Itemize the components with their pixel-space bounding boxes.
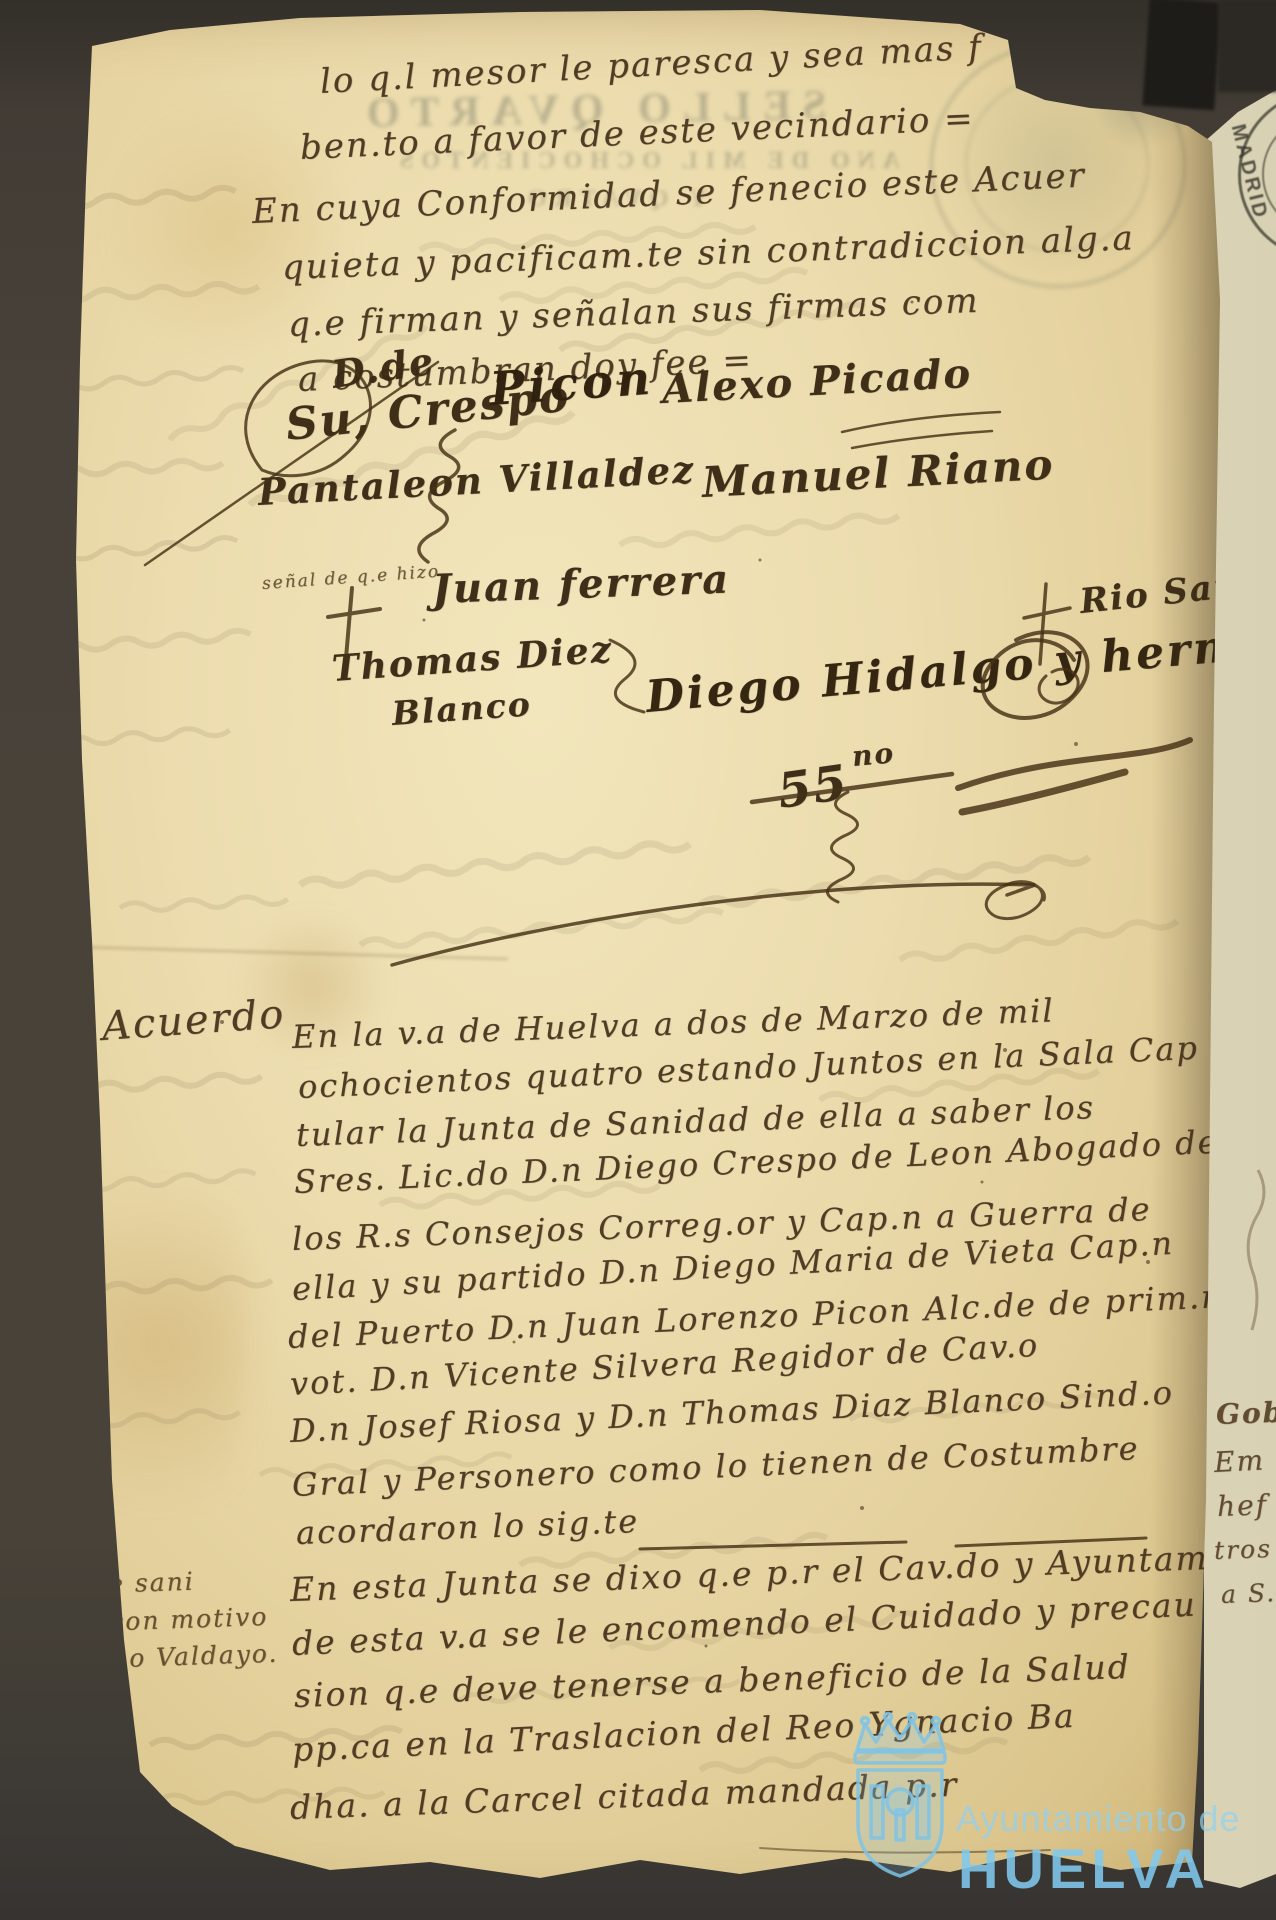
ink-speckle — [220, 1020, 224, 1024]
fragment-line: a S. — [1220, 1578, 1276, 1609]
manuscript-page: SELLO QVARTO ANO DE MIL OCHOCIENTOS Y QV… — [0, 0, 1276, 1920]
closing-rule-right — [956, 1538, 1146, 1546]
watermark-org-text: Ayuntamiento de — [956, 1798, 1241, 1840]
rio-cross-mark-icon — [1024, 584, 1070, 664]
crespo-rubric-slash — [145, 362, 438, 565]
ink-speckle — [705, 1645, 708, 1648]
ink-speckles — [220, 301, 1150, 1648]
binding-corner — [1218, 0, 1276, 92]
closing-rule-left — [640, 1542, 906, 1549]
crest-column-left — [871, 1786, 883, 1838]
ink-speckle — [513, 1341, 516, 1344]
fragment-line: tros — [1213, 1534, 1272, 1565]
crest-crown-band — [855, 1752, 945, 1763]
huelva-crest-watermark-icon — [845, 1712, 955, 1882]
pointer-knot-flourish — [986, 882, 1044, 919]
ink-speckle — [759, 559, 762, 562]
long-pointer-flourish — [392, 884, 1035, 965]
ink-speckle — [632, 468, 636, 472]
large-rubric-circle — [983, 632, 1088, 718]
fragment-line: hef — [1216, 1488, 1268, 1523]
fragment-line: Em — [1213, 1443, 1266, 1479]
binding-strip — [1142, 0, 1221, 110]
rubric-55-strike — [752, 774, 952, 802]
crespo-rubric-coil — [419, 430, 459, 562]
fragment-line: Gob — [1215, 1396, 1276, 1431]
crest-crown — [857, 1720, 944, 1750]
vertical-ghost-flourish — [1248, 1170, 1264, 1330]
ink-flourish-layer — [0, 0, 1276, 1920]
ink-speckle — [981, 1181, 984, 1184]
ink-speckle — [423, 619, 426, 622]
alexo-underline-flourish — [842, 412, 1000, 448]
ink-speckle — [911, 301, 914, 304]
crest-tree-crown — [887, 1789, 913, 1815]
juan-cross-mark-icon — [328, 588, 380, 658]
watermark-city-text: HUELVA — [958, 1836, 1210, 1901]
ink-speckle — [860, 1506, 864, 1510]
ink-speckle — [1003, 1048, 1007, 1052]
spring-coil-flourish — [827, 792, 857, 902]
scanned-manuscript: { "page": { "type": "Scanned historical … — [0, 0, 1276, 1920]
ferrera-rubric — [610, 640, 644, 712]
crespo-rubric-loop — [246, 361, 371, 476]
ink-speckle — [1074, 742, 1078, 746]
crest-column-right — [917, 1786, 929, 1838]
